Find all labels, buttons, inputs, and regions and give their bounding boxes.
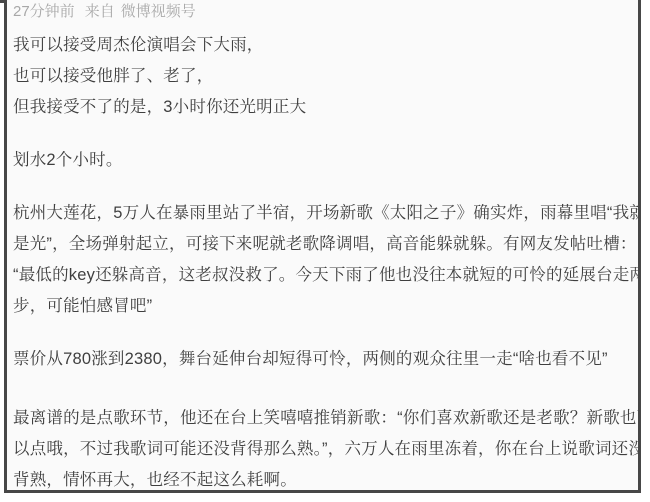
post-paragraph: 最离谱的是点歌环节，他还在台上笑嘻嘻推销新歌：“你们喜欢新歌还是老歌？新歌也可 … xyxy=(13,403,630,493)
post-meta-row: 27分钟前来自微博视频号 xyxy=(13,3,630,21)
post-paragraph: 票价从780涨到2380，舞台延伸台却短得可怜，两侧的观众往里一走“啥也看不见” xyxy=(13,344,630,375)
post-body: 我可以接受周杰伦演唱会下大雨， 也可以接受他胖了、老了， 但我接受不了的是，3小… xyxy=(13,30,630,493)
post-paragraph: 我可以接受周杰伦演唱会下大雨， 也可以接受他胖了、老了， 但我接受不了的是，3小… xyxy=(13,30,630,123)
screenshot-stage: 27分钟前来自微博视频号 我可以接受周杰伦演唱会下大雨， 也可以接受他胖了、老了… xyxy=(0,0,650,502)
weibo-post-frame: 27分钟前来自微博视频号 我可以接受周杰伦演唱会下大雨， 也可以接受他胖了、老了… xyxy=(4,0,641,493)
source-prefix-label: 来自 xyxy=(85,3,115,20)
source-channel-link[interactable]: 微博视频号 xyxy=(121,3,196,20)
post-content: 27分钟前来自微博视频号 我可以接受周杰伦演唱会下大雨， 也可以接受他胖了、老了… xyxy=(7,0,638,493)
post-paragraph: 杭州大莲花，5万人在暴雨里站了半宿，开场新歌《太阳之子》确实炸，雨幕里唱“我就 … xyxy=(13,198,630,322)
post-timestamp-link[interactable]: 27分钟前 xyxy=(13,3,75,20)
post-paragraph: 划水2个小时。 xyxy=(13,145,630,176)
